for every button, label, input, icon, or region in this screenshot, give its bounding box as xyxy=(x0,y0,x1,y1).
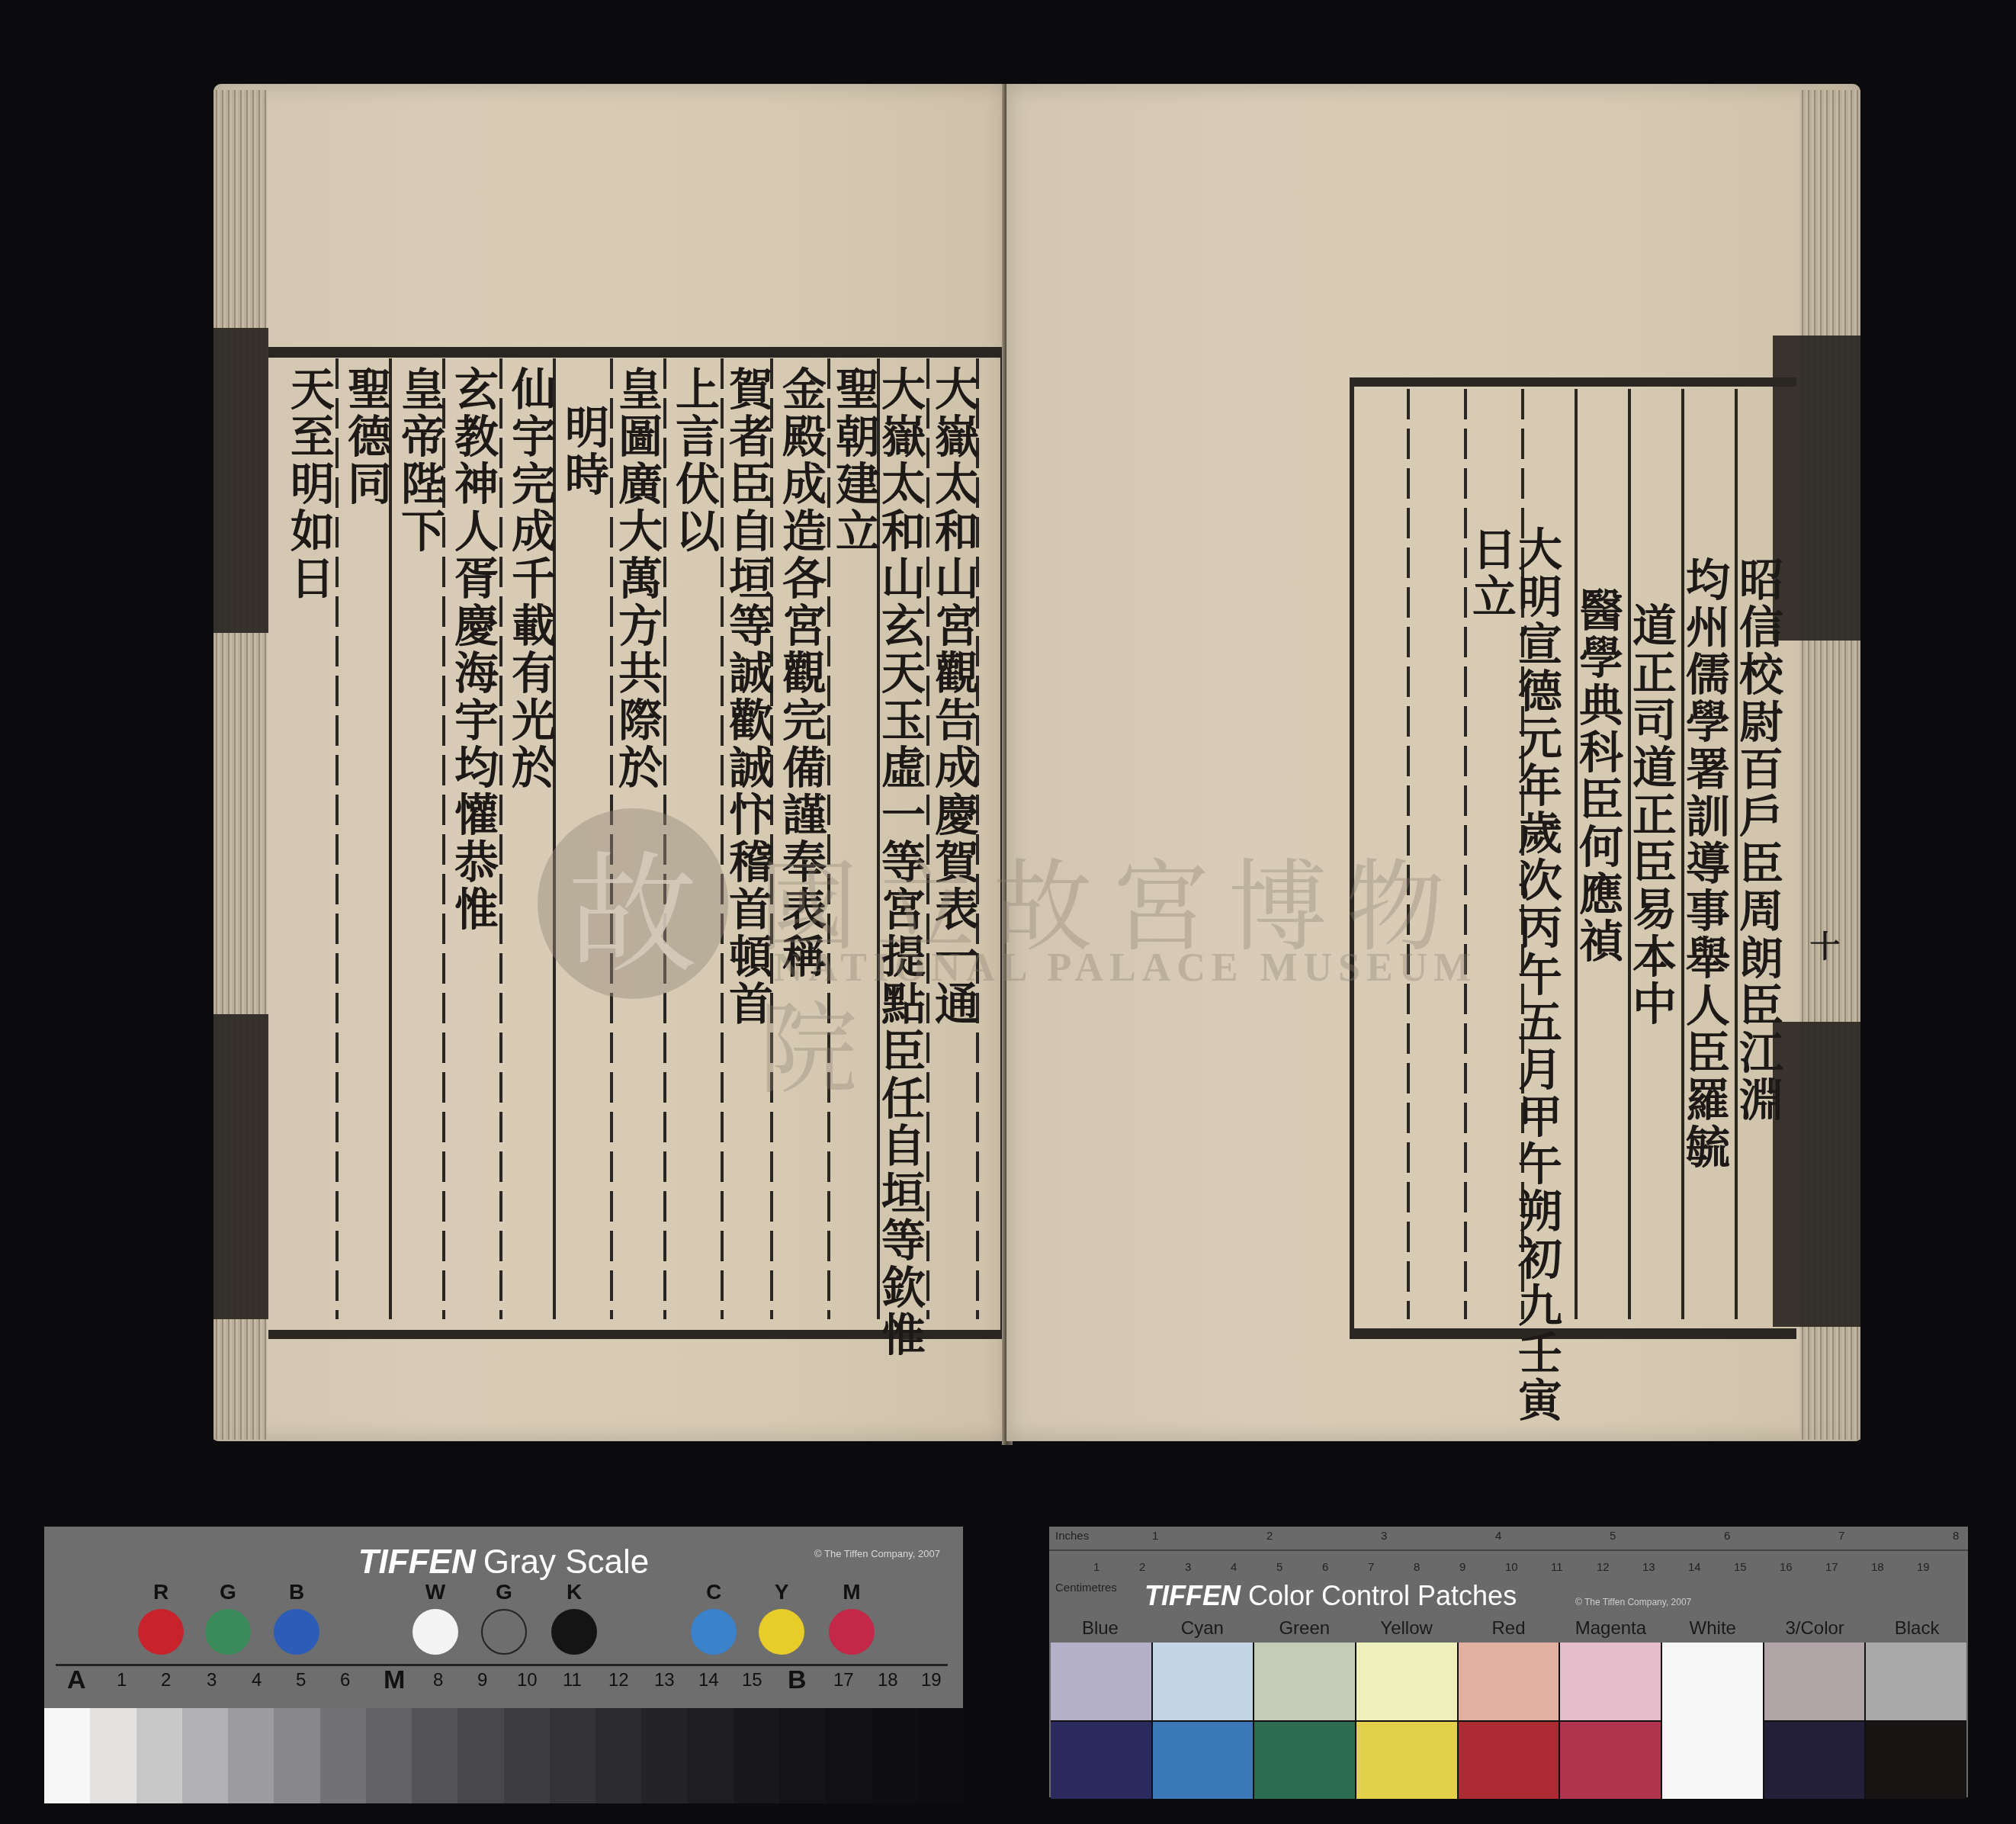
color-patches xyxy=(1051,1643,1966,1799)
dot-green: G xyxy=(201,1580,255,1655)
text-column-7: 皇圖廣大萬方共際於 xyxy=(614,366,660,792)
dot-black: K xyxy=(547,1580,601,1655)
patch-names: BlueCyanGreenYellowRedMagentaWhite3/Colo… xyxy=(1049,1618,1968,1639)
column-rule xyxy=(335,358,339,1319)
dot-gray: G xyxy=(477,1580,531,1655)
dot-white: W xyxy=(409,1580,462,1655)
tiffen-color-control-card: Inches 1 2 3 4 5 6 7 8 1 2 3 4 5 6 7 8 9… xyxy=(1049,1527,1968,1797)
text-column-8: 明時 xyxy=(560,404,606,499)
text-column-6: 上言伏以 xyxy=(671,366,717,555)
dot-magenta: M xyxy=(825,1580,878,1655)
folio-number: 十 xyxy=(1799,930,1845,964)
dot-blue: B xyxy=(270,1580,323,1655)
gray-scale-copyright: © The Tiffen Company, 2007 xyxy=(814,1548,940,1559)
official-column-2: 均州儒學署訓導事舉人臣羅毓 xyxy=(1681,557,1727,1171)
text-column-1: 大嶽太和山宮觀告成慶賀表一通 xyxy=(930,366,976,1028)
text-column-11: 皇帝陛下 xyxy=(396,366,442,555)
text-column-10: 玄教神人胥慶海宇均懽恭惟 xyxy=(450,366,496,933)
color-card-copyright: © The Tiffen Company, 2007 xyxy=(1575,1597,1691,1607)
tiffen-logo: TIFFEN xyxy=(358,1543,476,1581)
tiffen-logo: TIFFEN xyxy=(1144,1580,1241,1611)
text-column-3: 聖朝建立 xyxy=(831,366,877,555)
column-rule xyxy=(1407,389,1410,1319)
left-page: 大嶽太和山宮觀告成慶賀表一通 大嶽太和山玄天玉虛一等宮提點臣任自垣等欽惟 聖朝建… xyxy=(213,84,1006,1441)
text-column-4: 金殿成造各宮觀完備謹奉表稱 xyxy=(778,366,823,981)
gray-scale-divider xyxy=(56,1664,948,1666)
official-column-3: 道正司道正臣易本中 xyxy=(1628,602,1674,1028)
text-column-9: 仙宇完成千載有光於 xyxy=(507,366,553,792)
official-column-1: 昭信校尉百戶臣周朗臣江淵 xyxy=(1735,557,1780,1124)
text-column-13: 天至明如日 xyxy=(286,366,332,602)
rubbing-ink-left-top xyxy=(213,328,268,633)
text-column-2: 大嶽太和山玄天玉虛一等宮提點臣任自垣等欽惟 xyxy=(877,366,923,1359)
dot-red: R xyxy=(134,1580,188,1655)
dot-cyan: C xyxy=(687,1580,740,1655)
date-column: 大明宣德元年歲次丙午五月甲午朔初九壬寅日立 xyxy=(1468,526,1559,1449)
text-column-12: 聖德同 xyxy=(343,366,389,508)
tiffen-gray-scale-card: TIFFENGray Scale © The Tiffen Company, 2… xyxy=(44,1527,963,1801)
text-column-5: 賀者臣自垣等誠歡誠忭稽首頓首 xyxy=(724,366,770,1028)
ruler: Inches 1 2 3 4 5 6 7 8 xyxy=(1049,1527,1968,1551)
color-card-title: TIFFENColor Control Patches xyxy=(1144,1580,1517,1612)
dot-yellow: Y xyxy=(755,1580,808,1655)
official-column-4: 醫學典科臣何應禎 xyxy=(1575,587,1620,965)
gray-scale-steps xyxy=(44,1708,963,1803)
column-rule xyxy=(499,358,502,1319)
gray-scale-labels: A 1 2 3 4 5 6 M 8 9 10 11 12 13 14 15 B … xyxy=(44,1670,963,1700)
column-rule xyxy=(663,358,666,1319)
rubbing-ink-left-bottom xyxy=(213,1014,268,1319)
open-book: 大嶽太和山宮觀告成慶賀表一通 大嶽太和山玄天玉虛一等宮提點臣任自垣等欽惟 聖朝建… xyxy=(213,84,1860,1449)
